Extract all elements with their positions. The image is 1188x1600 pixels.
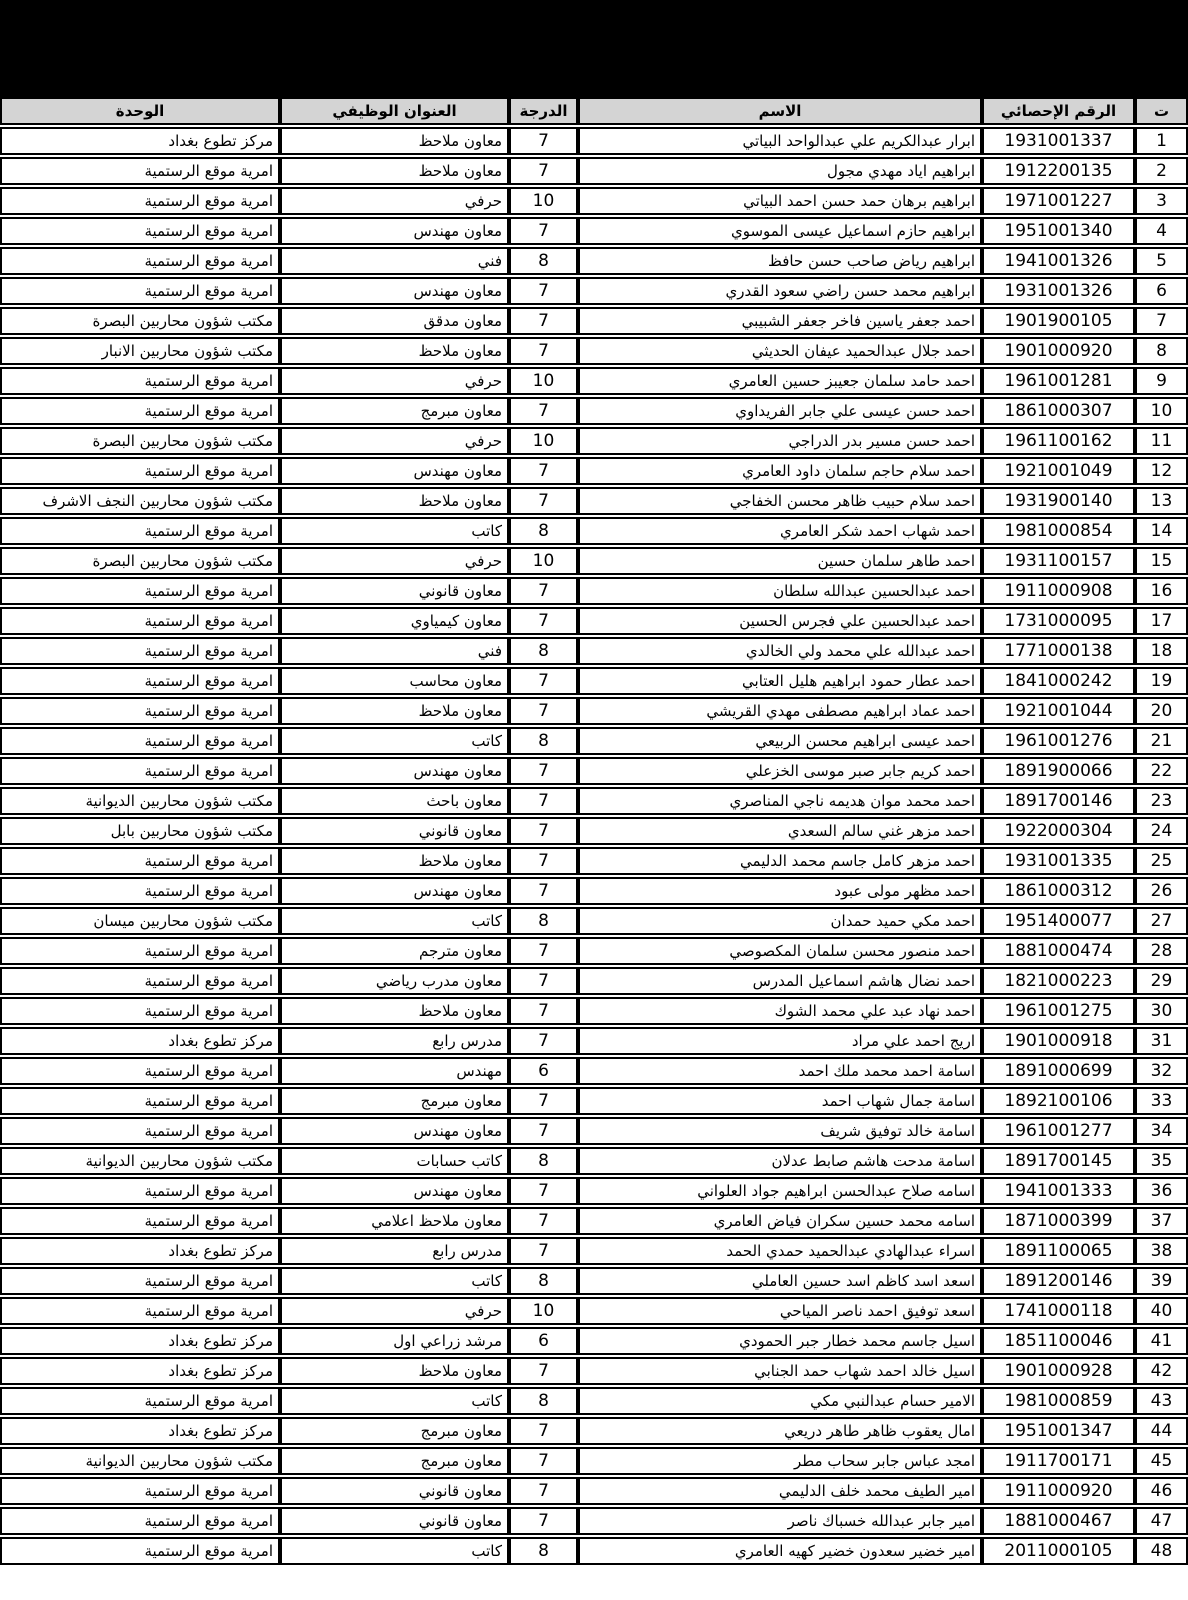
- table-row: 46 1911000920 امير الطيف محمد خلف الدليم…: [0, 1477, 1188, 1505]
- table-row: 27 1951400077 احمد مكي حميد حمدان 8 كاتب…: [0, 907, 1188, 935]
- table-row: 39 1891200146 اسعد اسد كاظم اسد حسين الع…: [0, 1267, 1188, 1295]
- cell-no: 37: [1135, 1207, 1188, 1235]
- cell-name: ابراهيم رياض صاحب حسن حافظ: [578, 247, 982, 275]
- table-row: 6 1931001326 ابراهيم محمد حسن راضي سعود …: [0, 277, 1188, 305]
- cell-job-title: معاون ملاحظ: [280, 487, 509, 515]
- header-unit: الوحدة: [0, 97, 280, 125]
- cell-grade: 8: [509, 247, 578, 275]
- cell-job-title: معاون مهندس: [280, 277, 509, 305]
- cell-no: 4: [1135, 217, 1188, 245]
- cell-unit: امرية موقع الرستمية: [0, 1297, 280, 1325]
- cell-no: 9: [1135, 367, 1188, 395]
- cell-job-title: حرفي: [280, 367, 509, 395]
- table-row: 2 1912200135 ابراهيم اياد مهدي مجول 7 مع…: [0, 157, 1188, 185]
- cell-grade: 7: [509, 997, 578, 1025]
- cell-name: امال يعقوب ظاهر طاهر دريعي: [578, 1417, 982, 1445]
- cell-grade: 7: [509, 1357, 578, 1385]
- cell-job-title: حرفي: [280, 547, 509, 575]
- cell-grade: 8: [509, 1267, 578, 1295]
- cell-stat-id: 1961100162: [982, 427, 1135, 455]
- cell-no: 20: [1135, 697, 1188, 725]
- cell-unit: امرية موقع الرستمية: [0, 577, 280, 605]
- cell-grade: 7: [509, 1477, 578, 1505]
- cell-name: اسعد توفيق احمد ناصر المياحي: [578, 1297, 982, 1325]
- cell-no: 12: [1135, 457, 1188, 485]
- cell-job-title: كاتب: [280, 727, 509, 755]
- cell-unit: مركز تطوع بغداد: [0, 1327, 280, 1355]
- cell-grade: 7: [509, 1027, 578, 1055]
- cell-no: 30: [1135, 997, 1188, 1025]
- cell-no: 31: [1135, 1027, 1188, 1055]
- cell-grade: 10: [509, 367, 578, 395]
- table-row: 21 1961001276 احمد عيسى ابراهيم محسن الر…: [0, 727, 1188, 755]
- cell-job-title: معاون ملاحظ: [280, 847, 509, 875]
- table-row: 20 1921001044 احمد عماد ابراهيم مصطفى مه…: [0, 697, 1188, 725]
- cell-stat-id: 1931001326: [982, 277, 1135, 305]
- cell-no: 1: [1135, 127, 1188, 155]
- cell-no: 2: [1135, 157, 1188, 185]
- cell-stat-id: 1981000859: [982, 1387, 1135, 1415]
- cell-stat-id: 1901900105: [982, 307, 1135, 335]
- cell-grade: 10: [509, 547, 578, 575]
- header-grade: الدرجة: [509, 97, 578, 125]
- cell-job-title: معاون مدرب رياضي: [280, 967, 509, 995]
- cell-unit: امرية موقع الرستمية: [0, 157, 280, 185]
- cell-no: 16: [1135, 577, 1188, 605]
- cell-no: 33: [1135, 1087, 1188, 1115]
- cell-stat-id: 1912200135: [982, 157, 1135, 185]
- cell-unit: امرية موقع الرستمية: [0, 457, 280, 485]
- cell-grade: 7: [509, 487, 578, 515]
- cell-stat-id: 1981000854: [982, 517, 1135, 545]
- cell-name: احمد عطار حمود ابراهيم هليل العتابي: [578, 667, 982, 695]
- cell-stat-id: 1931900140: [982, 487, 1135, 515]
- cell-no: 22: [1135, 757, 1188, 785]
- cell-stat-id: 1921001049: [982, 457, 1135, 485]
- cell-job-title: معاون ملاحظ: [280, 997, 509, 1025]
- cell-name: احمد نهاد عبد علي محمد الشوك: [578, 997, 982, 1025]
- cell-unit: امرية موقع الرستمية: [0, 847, 280, 875]
- table-row: 26 1861000312 احمد مظهر مولى عبود 7 معاو…: [0, 877, 1188, 905]
- cell-stat-id: 1892100106: [982, 1087, 1135, 1115]
- cell-stat-id: 1841000242: [982, 667, 1135, 695]
- cell-stat-id: 1891700145: [982, 1147, 1135, 1175]
- cell-unit: امرية موقع الرستمية: [0, 697, 280, 725]
- cell-unit: امرية موقع الرستمية: [0, 187, 280, 215]
- cell-name: احمد عبدالحسين علي فجرس الحسين: [578, 607, 982, 635]
- cell-job-title: معاون ملاحظ: [280, 1357, 509, 1385]
- cell-grade: 7: [509, 1417, 578, 1445]
- cell-no: 44: [1135, 1417, 1188, 1445]
- cell-stat-id: 1931001335: [982, 847, 1135, 875]
- cell-unit: مكتب شؤون محاربين النجف الاشرف: [0, 487, 280, 515]
- cell-unit: امرية موقع الرستمية: [0, 1057, 280, 1085]
- cell-name: اسيل جاسم محمد خطار جبر الحمودي: [578, 1327, 982, 1355]
- cell-unit: مكتب شؤون محاربين الديوانية: [0, 787, 280, 815]
- cell-name: امجد عباس جابر سحاب مطر: [578, 1447, 982, 1475]
- cell-grade: 7: [509, 337, 578, 365]
- cell-name: احمد منصور محسن سلمان المكصوصي: [578, 937, 982, 965]
- cell-stat-id: 1891700146: [982, 787, 1135, 815]
- cell-unit: مكتب شؤون محاربين الانبار: [0, 337, 280, 365]
- cell-grade: 7: [509, 877, 578, 905]
- cell-no: 36: [1135, 1177, 1188, 1205]
- cell-stat-id: 1901000918: [982, 1027, 1135, 1055]
- cell-no: 26: [1135, 877, 1188, 905]
- cell-no: 17: [1135, 607, 1188, 635]
- cell-job-title: حرفي: [280, 187, 509, 215]
- table-row: 42 1901000928 اسيل خالد احمد شهاب حمد ال…: [0, 1357, 1188, 1385]
- cell-unit: امرية موقع الرستمية: [0, 877, 280, 905]
- cell-name: اسعد اسد كاظم اسد حسين العاملي: [578, 1267, 982, 1295]
- cell-name: اريج احمد علي مراد: [578, 1027, 982, 1055]
- table-row: 47 1881000467 امير جابر عبدالله خسباك نا…: [0, 1507, 1188, 1535]
- cell-grade: 8: [509, 727, 578, 755]
- cell-grade: 7: [509, 277, 578, 305]
- cell-grade: 7: [509, 787, 578, 815]
- cell-job-title: كاتب: [280, 1537, 509, 1565]
- cell-job-title: معاون قانوني: [280, 1477, 509, 1505]
- cell-job-title: معاون مهندس: [280, 1117, 509, 1145]
- cell-grade: 8: [509, 1537, 578, 1565]
- cell-grade: 7: [509, 1507, 578, 1535]
- cell-stat-id: 1901000920: [982, 337, 1135, 365]
- cell-grade: 7: [509, 307, 578, 335]
- cell-name: اسامه محمد حسين سكران فياض العامري: [578, 1207, 982, 1235]
- cell-name: اسامة خالد توفيق شريف: [578, 1117, 982, 1145]
- cell-name: ابراهيم حازم اسماعيل عيسى الموسوي: [578, 217, 982, 245]
- cell-name: احمد جلال عبدالحميد عيفان الحديثي: [578, 337, 982, 365]
- cell-grade: 7: [509, 1177, 578, 1205]
- cell-job-title: معاون ملاحظ اعلامي: [280, 1207, 509, 1235]
- cell-stat-id: 1741000118: [982, 1297, 1135, 1325]
- cell-grade: 8: [509, 907, 578, 935]
- cell-job-title: كاتب: [280, 907, 509, 935]
- cell-grade: 7: [509, 757, 578, 785]
- cell-job-title: كاتب: [280, 1387, 509, 1415]
- cell-grade: 6: [509, 1327, 578, 1355]
- cell-unit: امرية موقع الرستمية: [0, 667, 280, 695]
- table-row: 12 1921001049 احمد سلام حاجم سلمان داود …: [0, 457, 1188, 485]
- table-row: 17 1731000095 احمد عبدالحسين علي فجرس ال…: [0, 607, 1188, 635]
- cell-stat-id: 1771000138: [982, 637, 1135, 665]
- cell-unit: امرية موقع الرستمية: [0, 637, 280, 665]
- cell-name: احمد سلام حبيب ظاهر محسن الخفاجي: [578, 487, 982, 515]
- cell-job-title: كاتب حسابات: [280, 1147, 509, 1175]
- cell-job-title: معاون ملاحظ: [280, 157, 509, 185]
- table-row: 35 1891700145 اسامة مدحت هاشم صابط عدلان…: [0, 1147, 1188, 1175]
- table-row: 4 1951001340 ابراهيم حازم اسماعيل عيسى ا…: [0, 217, 1188, 245]
- cell-stat-id: 1731000095: [982, 607, 1135, 635]
- cell-job-title: مهندس: [280, 1057, 509, 1085]
- cell-grade: 7: [509, 697, 578, 725]
- cell-no: 25: [1135, 847, 1188, 875]
- cell-job-title: حرفي: [280, 1297, 509, 1325]
- cell-job-title: معاون كيمياوي: [280, 607, 509, 635]
- cell-job-title: معاون مبرمج: [280, 1447, 509, 1475]
- cell-name: احمد نضال هاشم اسماعيل المدرس: [578, 967, 982, 995]
- table-row: 5 1941001326 ابراهيم رياض صاحب حسن حافظ …: [0, 247, 1188, 275]
- cell-job-title: معاون ملاحظ: [280, 697, 509, 725]
- cell-no: 38: [1135, 1237, 1188, 1265]
- cell-name: ابراهيم محمد حسن راضي سعود القدري: [578, 277, 982, 305]
- cell-name: احمد طاهر سلمان حسين: [578, 547, 982, 575]
- cell-job-title: حرفي: [280, 427, 509, 455]
- cell-stat-id: 1881000474: [982, 937, 1135, 965]
- cell-stat-id: 1901000928: [982, 1357, 1135, 1385]
- table-row: 8 1901000920 احمد جلال عبدالحميد عيفان ا…: [0, 337, 1188, 365]
- cell-no: 3: [1135, 187, 1188, 215]
- cell-name: احمد عبدالله علي محمد ولي الخالدي: [578, 637, 982, 665]
- cell-no: 45: [1135, 1447, 1188, 1475]
- cell-stat-id: 1951001347: [982, 1417, 1135, 1445]
- cell-job-title: معاون ملاحظ: [280, 337, 509, 365]
- cell-name: ابراهيم برهان حمد حسن احمد البياتي: [578, 187, 982, 215]
- cell-no: 23: [1135, 787, 1188, 815]
- cell-no: 34: [1135, 1117, 1188, 1145]
- cell-grade: 8: [509, 517, 578, 545]
- cell-grade: 8: [509, 1387, 578, 1415]
- cell-name: احمد سلام حاجم سلمان داود العامري: [578, 457, 982, 485]
- cell-name: احمد كريم جابر صبر موسى الخزعلي: [578, 757, 982, 785]
- cell-no: 47: [1135, 1507, 1188, 1535]
- table-row: 13 1931900140 احمد سلام حبيب ظاهر محسن ا…: [0, 487, 1188, 515]
- table-row: 18 1771000138 احمد عبدالله علي محمد ولي …: [0, 637, 1188, 665]
- cell-job-title: معاون قانوني: [280, 1507, 509, 1535]
- cell-unit: مركز تطوع بغداد: [0, 127, 280, 155]
- cell-name: احمد محمد موان هديمه ناجي المناصري: [578, 787, 982, 815]
- cell-name: احمد عماد ابراهيم مصطفى مهدي القريشي: [578, 697, 982, 725]
- cell-name: احمد عيسى ابراهيم محسن الربيعي: [578, 727, 982, 755]
- cell-no: 21: [1135, 727, 1188, 755]
- cell-no: 8: [1135, 337, 1188, 365]
- table-row: 24 1922000304 احمد مزهر غني سالم السعدي …: [0, 817, 1188, 845]
- cell-stat-id: 1911700171: [982, 1447, 1135, 1475]
- table-row: 41 1851100046 اسيل جاسم محمد خطار جبر ال…: [0, 1327, 1188, 1355]
- cell-unit: امرية موقع الرستمية: [0, 607, 280, 635]
- cell-unit: مركز تطوع بغداد: [0, 1357, 280, 1385]
- cell-stat-id: 1881000467: [982, 1507, 1135, 1535]
- cell-stat-id: 1941001326: [982, 247, 1135, 275]
- cell-name: اسامه صلاح عبدالحسن ابراهيم جواد العلوان…: [578, 1177, 982, 1205]
- cell-unit: امرية موقع الرستمية: [0, 1387, 280, 1415]
- cell-stat-id: 1911000920: [982, 1477, 1135, 1505]
- cell-no: 10: [1135, 397, 1188, 425]
- cell-name: امير خضير سعدون خضير كهيه العامري: [578, 1537, 982, 1565]
- table-row: 22 1891900066 احمد كريم جابر صبر موسى ال…: [0, 757, 1188, 785]
- table-row: 9 1961001281 احمد حامد سلمان جعيبز حسين …: [0, 367, 1188, 395]
- table-row: 7 1901900105 احمد جعفر ياسين فاخر جعفر ا…: [0, 307, 1188, 335]
- cell-grade: 7: [509, 847, 578, 875]
- cell-job-title: معاون قانوني: [280, 577, 509, 605]
- cell-name: احمد مكي حميد حمدان: [578, 907, 982, 935]
- table-row: 36 1941001333 اسامه صلاح عبدالحسن ابراهي…: [0, 1177, 1188, 1205]
- cell-unit: امرية موقع الرستمية: [0, 1267, 280, 1295]
- cell-name: اسراء عبدالهادي عبدالحميد حمدي الحمد: [578, 1237, 982, 1265]
- cell-no: 6: [1135, 277, 1188, 305]
- cell-name: احمد شهاب احمد شكر العامري: [578, 517, 982, 545]
- table-row: 28 1881000474 احمد منصور محسن سلمان المك…: [0, 937, 1188, 965]
- cell-name: الامير حسام عبدالنبي مكي: [578, 1387, 982, 1415]
- cell-no: 14: [1135, 517, 1188, 545]
- table-row: 10 1861000307 احمد حسن عيسى علي جابر الف…: [0, 397, 1188, 425]
- cell-grade: 7: [509, 1447, 578, 1475]
- cell-unit: مكتب شؤون محاربين البصرة: [0, 307, 280, 335]
- cell-grade: 7: [509, 127, 578, 155]
- cell-stat-id: 1931001337: [982, 127, 1135, 155]
- cell-grade: 10: [509, 187, 578, 215]
- cell-grade: 7: [509, 607, 578, 635]
- cell-job-title: كاتب: [280, 1267, 509, 1295]
- cell-job-title: فني: [280, 637, 509, 665]
- table-row: 23 1891700146 احمد محمد موان هديمه ناجي …: [0, 787, 1188, 815]
- cell-grade: 7: [509, 217, 578, 245]
- cell-no: 39: [1135, 1267, 1188, 1295]
- cell-name: اسامة احمد محمد ملك احمد: [578, 1057, 982, 1085]
- cell-unit: امرية موقع الرستمية: [0, 1117, 280, 1145]
- table-row: 25 1931001335 احمد مزهر كامل جاسم محمد ا…: [0, 847, 1188, 875]
- cell-name: امير الطيف محمد خلف الدليمي: [578, 1477, 982, 1505]
- table-row: 16 1911000908 احمد عبدالحسين عبدالله سلط…: [0, 577, 1188, 605]
- cell-unit: امرية موقع الرستمية: [0, 1477, 280, 1505]
- cell-job-title: معاون مبرمج: [280, 1087, 509, 1115]
- cell-name: ابرار عبدالكريم علي عبدالواحد البياتي: [578, 127, 982, 155]
- cell-no: 11: [1135, 427, 1188, 455]
- cell-no: 19: [1135, 667, 1188, 695]
- cell-name: اسامة جمال شهاب احمد: [578, 1087, 982, 1115]
- cell-no: 42: [1135, 1357, 1188, 1385]
- cell-stat-id: 1941001333: [982, 1177, 1135, 1205]
- cell-no: 24: [1135, 817, 1188, 845]
- cell-job-title: مرشد زراعي اول: [280, 1327, 509, 1355]
- cell-name: احمد مزهر كامل جاسم محمد الدليمي: [578, 847, 982, 875]
- cell-unit: امرية موقع الرستمية: [0, 367, 280, 395]
- table-header: ت الرقم الإحصائي الاسم الدرجة العنوان ال…: [0, 97, 1188, 125]
- cell-name: اسيل خالد احمد شهاب حمد الجنابي: [578, 1357, 982, 1385]
- cell-no: 41: [1135, 1327, 1188, 1355]
- cell-stat-id: 1921001044: [982, 697, 1135, 725]
- cell-unit: مركز تطوع بغداد: [0, 1027, 280, 1055]
- cell-stat-id: 1891000699: [982, 1057, 1135, 1085]
- cell-stat-id: 1961001275: [982, 997, 1135, 1025]
- cell-no: 7: [1135, 307, 1188, 335]
- cell-job-title: معاون مهندس: [280, 217, 509, 245]
- table-row: 3 1971001227 ابراهيم برهان حمد حسن احمد …: [0, 187, 1188, 215]
- table-row: 1 1931001337 ابرار عبدالكريم علي عبدالوا…: [0, 127, 1188, 155]
- cell-job-title: معاون ملاحظ: [280, 127, 509, 155]
- cell-grade: 7: [509, 817, 578, 845]
- cell-name: امير جابر عبدالله خسباك ناصر: [578, 1507, 982, 1535]
- cell-job-title: معاون محاسب: [280, 667, 509, 695]
- cell-grade: 7: [509, 1207, 578, 1235]
- cell-grade: 7: [509, 457, 578, 485]
- cell-unit: مكتب شؤون محاربين البصرة: [0, 547, 280, 575]
- table-row: 45 1911700171 امجد عباس جابر سحاب مطر 7 …: [0, 1447, 1188, 1475]
- table-body: 1 1931001337 ابرار عبدالكريم علي عبدالوا…: [0, 127, 1188, 1565]
- cell-stat-id: 1961001277: [982, 1117, 1135, 1145]
- cell-grade: 6: [509, 1057, 578, 1085]
- cell-unit: مركز تطوع بغداد: [0, 1237, 280, 1265]
- table-row: 11 1961100162 احمد حسن مسير بدر الدراجي …: [0, 427, 1188, 455]
- cell-unit: مكتب شؤون محاربين ميسان: [0, 907, 280, 935]
- cell-job-title: معاون مدقق: [280, 307, 509, 335]
- table-row: 38 1891100065 اسراء عبدالهادي عبدالحميد …: [0, 1237, 1188, 1265]
- table-row: 34 1961001277 اسامة خالد توفيق شريف 7 مع…: [0, 1117, 1188, 1145]
- table-row: 44 1951001347 امال يعقوب ظاهر طاهر دريعي…: [0, 1417, 1188, 1445]
- cell-grade: 7: [509, 157, 578, 185]
- cell-grade: 7: [509, 1087, 578, 1115]
- cell-grade: 7: [509, 1237, 578, 1265]
- cell-grade: 7: [509, 967, 578, 995]
- table-row: 31 1901000918 اريج احمد علي مراد 7 مدرس …: [0, 1027, 1188, 1055]
- cell-job-title: معاون مهندس: [280, 457, 509, 485]
- cell-unit: امرية موقع الرستمية: [0, 1087, 280, 1115]
- cell-grade: 7: [509, 667, 578, 695]
- table-row: 15 1931100157 احمد طاهر سلمان حسين 10 حر…: [0, 547, 1188, 575]
- cell-unit: امرية موقع الرستمية: [0, 217, 280, 245]
- cell-grade: 7: [509, 577, 578, 605]
- cell-unit: امرية موقع الرستمية: [0, 517, 280, 545]
- cell-job-title: كاتب: [280, 517, 509, 545]
- cell-unit: امرية موقع الرستمية: [0, 1177, 280, 1205]
- cell-no: 29: [1135, 967, 1188, 995]
- top-black-bar: [0, 0, 1188, 97]
- cell-job-title: معاون مهندس: [280, 877, 509, 905]
- cell-stat-id: 1871000399: [982, 1207, 1135, 1235]
- cell-no: 5: [1135, 247, 1188, 275]
- table-row: 29 1821000223 احمد نضال هاشم اسماعيل الم…: [0, 967, 1188, 995]
- cell-stat-id: 1861000312: [982, 877, 1135, 905]
- table-row: 14 1981000854 احمد شهاب احمد شكر العامري…: [0, 517, 1188, 545]
- cell-unit: امرية موقع الرستمية: [0, 727, 280, 755]
- cell-no: 35: [1135, 1147, 1188, 1175]
- cell-job-title: مدرس رابع: [280, 1027, 509, 1055]
- cell-name: اسامة مدحت هاشم صابط عدلان: [578, 1147, 982, 1175]
- cell-unit: مركز تطوع بغداد: [0, 1417, 280, 1445]
- cell-unit: مكتب شؤون محاربين البصرة: [0, 427, 280, 455]
- cell-unit: امرية موقع الرستمية: [0, 757, 280, 785]
- table-row: 43 1981000859 الامير حسام عبدالنبي مكي 8…: [0, 1387, 1188, 1415]
- cell-no: 18: [1135, 637, 1188, 665]
- cell-unit: امرية موقع الرستمية: [0, 397, 280, 425]
- cell-stat-id: 1851100046: [982, 1327, 1135, 1355]
- cell-grade: 7: [509, 937, 578, 965]
- cell-stat-id: 1931100157: [982, 547, 1135, 575]
- employee-roster-table: ت الرقم الإحصائي الاسم الدرجة العنوان ال…: [0, 95, 1188, 1567]
- cell-stat-id: 1861000307: [982, 397, 1135, 425]
- cell-name: احمد حسن عيسى علي جابر الفريداوي: [578, 397, 982, 425]
- cell-stat-id: 1961001281: [982, 367, 1135, 395]
- cell-grade: 8: [509, 637, 578, 665]
- cell-name: احمد عبدالحسين عبدالله سلطان: [578, 577, 982, 605]
- cell-unit: امرية موقع الرستمية: [0, 1537, 280, 1565]
- cell-no: 15: [1135, 547, 1188, 575]
- cell-no: 43: [1135, 1387, 1188, 1415]
- header-row: ت الرقم الإحصائي الاسم الدرجة العنوان ال…: [0, 97, 1188, 125]
- cell-unit: امرية موقع الرستمية: [0, 247, 280, 275]
- header-stat-id: الرقم الإحصائي: [982, 97, 1135, 125]
- cell-stat-id: 1891200146: [982, 1267, 1135, 1295]
- cell-no: 28: [1135, 937, 1188, 965]
- cell-stat-id: 2011000105: [982, 1537, 1135, 1565]
- cell-no: 27: [1135, 907, 1188, 935]
- table-row: 40 1741000118 اسعد توفيق احمد ناصر الميا…: [0, 1297, 1188, 1325]
- cell-name: احمد مزهر غني سالم السعدي: [578, 817, 982, 845]
- cell-stat-id: 1911000908: [982, 577, 1135, 605]
- cell-job-title: معاون مهندس: [280, 1177, 509, 1205]
- table-row: 32 1891000699 اسامة احمد محمد ملك احمد 6…: [0, 1057, 1188, 1085]
- cell-no: 40: [1135, 1297, 1188, 1325]
